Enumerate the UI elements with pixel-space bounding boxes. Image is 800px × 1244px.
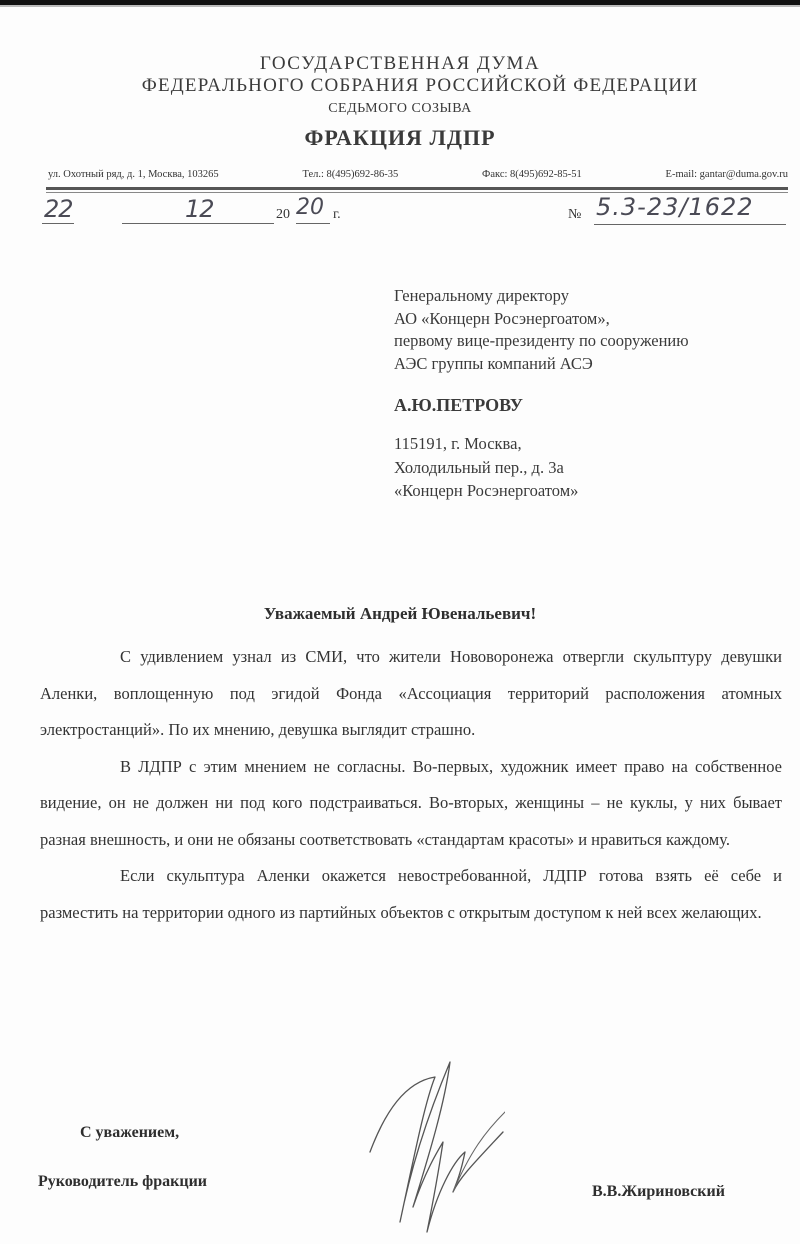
letterhead-contacts: ул. Охотный ряд, д. 1, Москва, 103265 Те… xyxy=(48,169,788,180)
signer-name: В.В.Жириновский xyxy=(592,1183,725,1201)
number-underline xyxy=(594,224,786,225)
contact-email: E-mail: gantar@duma.gov.ru xyxy=(666,169,788,180)
date-year-suffix: г. xyxy=(333,207,341,223)
contact-address: ул. Охотный ряд, д. 1, Москва, 103265 xyxy=(48,169,219,180)
addressee-name: А.Ю.ПЕТРОВУ xyxy=(394,395,523,416)
contact-phone: Тел.: 8(495)692-86-35 xyxy=(302,169,398,180)
letterhead-rule-thick xyxy=(46,187,788,190)
address-line: «Концерн Росэнергоатом» xyxy=(394,479,794,503)
body-paragraph: Если скульптура Аленки окажется невостре… xyxy=(40,858,782,931)
letterhead-federal-assembly: ФЕДЕРАЛЬНОГО СОБРАНИЯ РОССИЙСКОЙ ФЕДЕРАЦ… xyxy=(20,75,800,97)
addressee-address: 115191, г. Москва, Холодильный пер., д. … xyxy=(394,432,794,503)
letterhead-convocation: СЕДЬМОГО СОЗЫВА xyxy=(0,101,800,117)
registration-number: № 5.3-23/1622 xyxy=(568,193,790,227)
letterhead-duma: ГОСУДАРСТВЕННАЯ ДУМА xyxy=(0,53,800,75)
date-century: 20 xyxy=(276,207,290,223)
letterhead-faction: ФРАКЦИЯ ЛДПР xyxy=(0,125,800,151)
letter-body: С удивлением узнал из СМИ, что жители Но… xyxy=(40,639,782,931)
address-line: 115191, г. Москва, xyxy=(394,432,794,456)
salutation: Уважаемый Андрей Ювенальевич! xyxy=(0,604,800,624)
addressee-line: первому вице-президенту по сооружению xyxy=(394,330,794,353)
body-paragraph: В ЛДПР с этим мнением не согласны. Во-пе… xyxy=(40,749,782,859)
addressee-line: Генеральному директору xyxy=(394,285,794,308)
addressee-line: АО «Концерн Росэнергоатом», xyxy=(394,308,794,331)
addressee-line: АЭС группы компаний АСЭ xyxy=(394,353,794,376)
date-day: 22 xyxy=(44,195,73,223)
contact-fax: Факс: 8(495)692-85-51 xyxy=(482,169,582,180)
date-year-underline xyxy=(296,223,330,224)
date-month: 12 xyxy=(185,195,214,223)
letter-page: ГОСУДАРСТВЕННАЯ ДУМА ФЕДЕРАЛЬНОГО СОБРАН… xyxy=(0,7,800,1244)
registration-date: 22 12 20 20 г. xyxy=(40,193,340,227)
date-day-underline xyxy=(42,223,74,224)
signer-position: Руководитель фракции xyxy=(38,1173,207,1191)
address-line: Холодильный пер., д. 3а xyxy=(394,456,794,480)
number-value: 5.3-23/1622 xyxy=(596,193,754,221)
addressee-block: Генеральному директору АО «Концерн Росэн… xyxy=(394,285,794,375)
closing-regards: С уважением, xyxy=(80,1124,179,1142)
signature-icon xyxy=(365,1042,505,1242)
date-year: 20 xyxy=(296,195,324,220)
date-month-underline xyxy=(122,223,274,224)
number-sign: № xyxy=(568,207,581,223)
body-paragraph: С удивлением узнал из СМИ, что жители Но… xyxy=(40,639,782,749)
